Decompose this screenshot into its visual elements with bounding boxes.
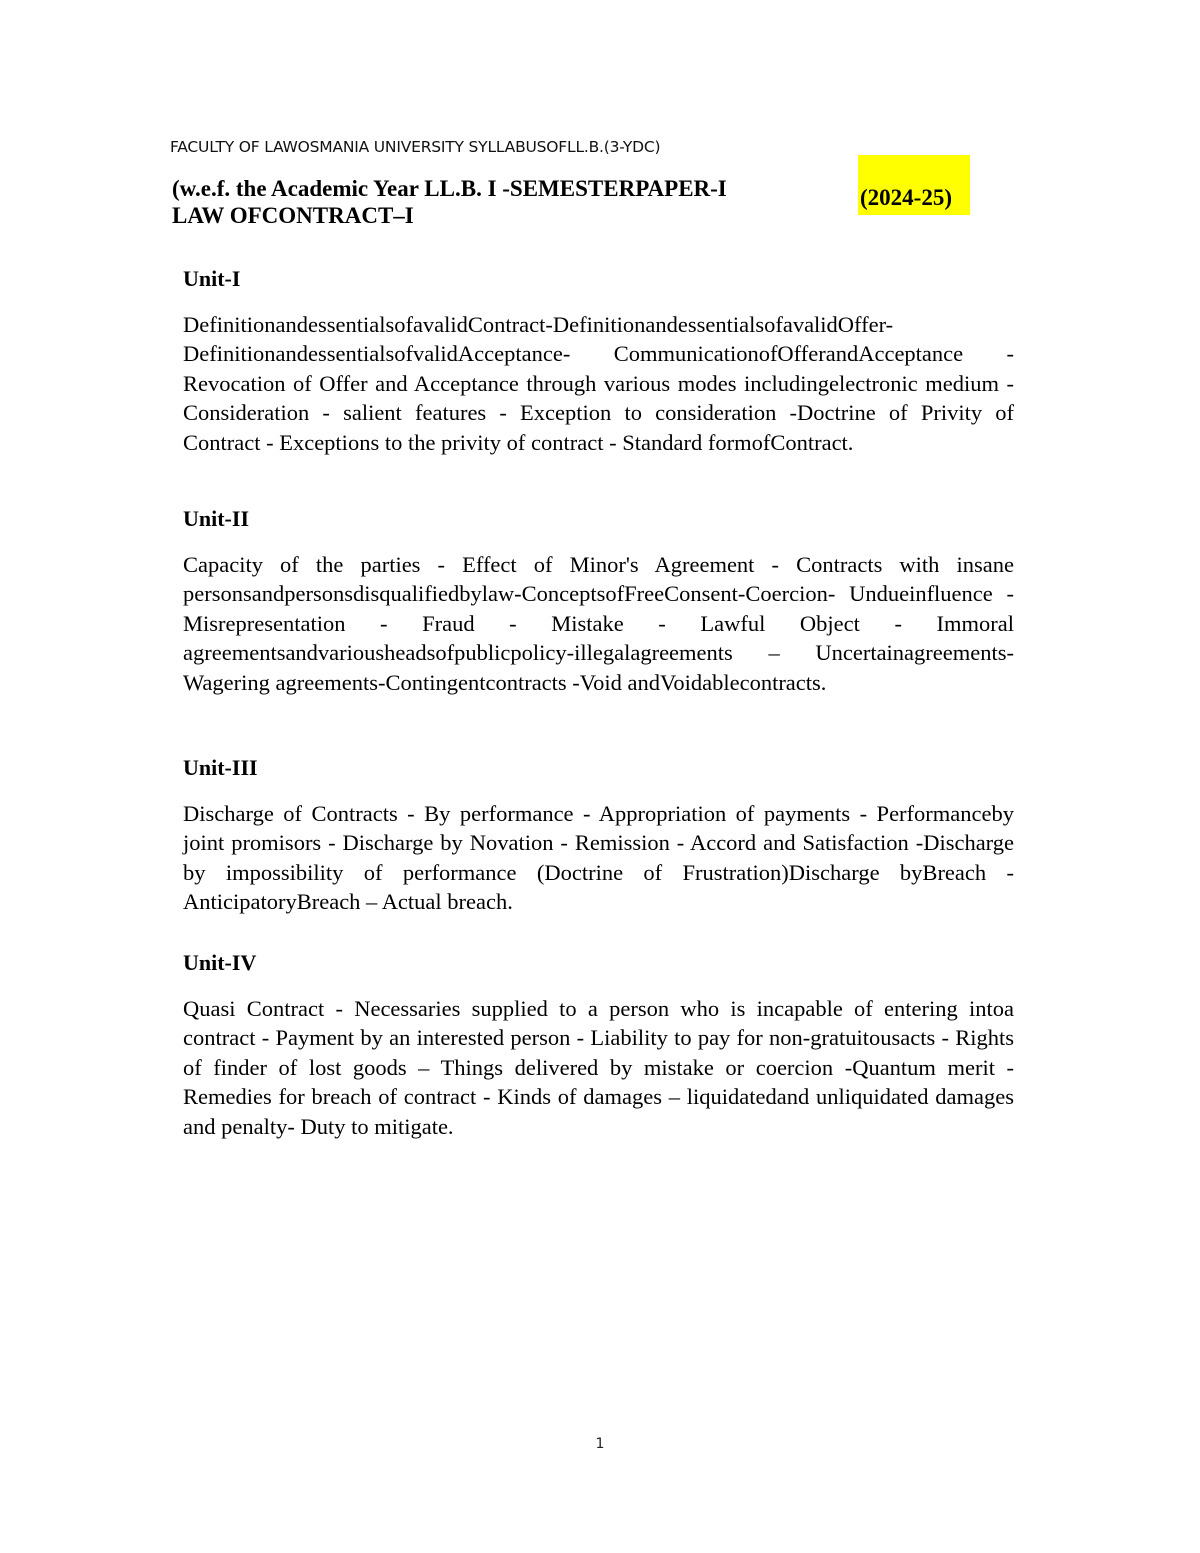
- unit-1-section: Unit-I DefinitionandessentialsofavalidCo…: [183, 266, 1014, 457]
- faculty-header-line: FACULTY OF LAWOSMANIA UNIVERSITY SYLLABU…: [170, 138, 660, 156]
- unit-3-heading: Unit-III: [183, 755, 1014, 781]
- title-line-1: (w.e.f. the Academic Year LL.B. I -SEMES…: [172, 175, 727, 202]
- unit-3-section: Unit-III Discharge of Contracts - By per…: [183, 755, 1014, 917]
- paper-title: (w.e.f. the Academic Year LL.B. I -SEMES…: [172, 175, 727, 229]
- page-number: 1: [0, 1436, 1200, 1452]
- unit-1-heading: Unit-I: [183, 266, 1014, 292]
- unit-3-body: Discharge of Contracts - By performance …: [183, 799, 1014, 917]
- title-line-2: LAW OFCONTRACT–I: [172, 202, 727, 229]
- unit-2-heading: Unit-II: [183, 506, 1014, 532]
- unit-4-section: Unit-IV Quasi Contract - Necessaries sup…: [183, 950, 1014, 1141]
- unit-4-body: Quasi Contract - Necessaries supplied to…: [183, 994, 1014, 1141]
- unit-4-heading: Unit-IV: [183, 950, 1014, 976]
- unit-1-body: DefinitionandessentialsofavalidContract-…: [183, 310, 1014, 457]
- academic-year-badge: (2024-25): [860, 184, 952, 211]
- unit-2-section: Unit-II Capacity of the parties - Effect…: [183, 506, 1014, 697]
- unit-2-body: Capacity of the parties - Effect of Mino…: [183, 550, 1014, 697]
